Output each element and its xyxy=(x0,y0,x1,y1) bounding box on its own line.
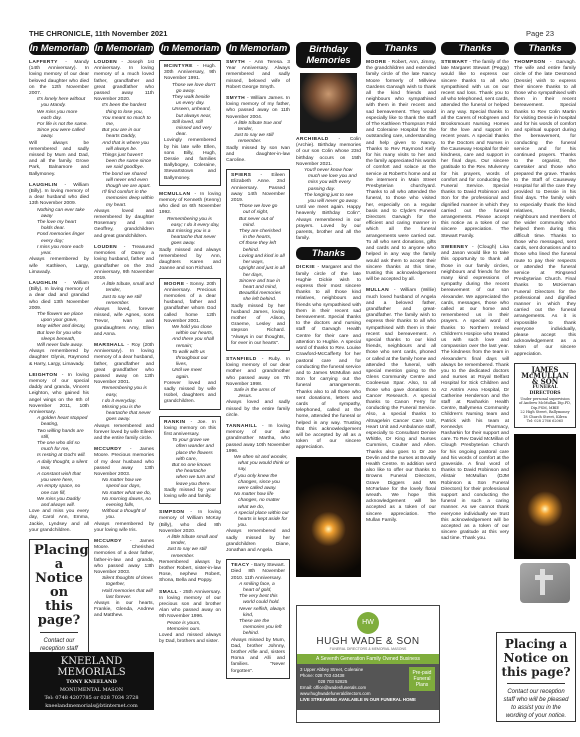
verse-line: The bond we shared will never end even t… xyxy=(102,172,154,191)
verse-line: Those we love don't go away. xyxy=(172,83,216,95)
wade-logo-icon: HW xyxy=(357,612,379,634)
verse-line: But you are in our hearts Daddy, xyxy=(102,128,154,140)
notice: LAUGHLIN - William (Billy). In loving me… xyxy=(29,183,89,276)
verse-line: Unseen, unheard, but always near, xyxy=(172,107,216,119)
mcmullan-phone: Tel: 028 2766 62065 xyxy=(519,419,571,424)
notice-name: LEIGHTON xyxy=(29,373,57,378)
notice: MCINTYRE - Hugh. 30th Anniversary, 9th N… xyxy=(159,60,221,186)
verse-line: It's been the hardest thing to lose you, xyxy=(102,103,154,115)
verse-line: The very best this world could hold. xyxy=(239,594,285,606)
notice-name: LAUGHLIN xyxy=(29,183,57,188)
verse: A golden heart stopped beating,Two willi… xyxy=(29,416,89,509)
placing-title: Placing a Notice on this page? xyxy=(501,637,571,679)
notice-signoff: Sadly missed by your loving wife and fam… xyxy=(164,488,216,500)
verse-line: Remembering you is easy, xyxy=(102,386,154,398)
section-banner-thanks: Thanks xyxy=(296,247,361,260)
column-in-memoriam-2: In Memoriam LOUDEN - Joseph 1st Annivers… xyxy=(94,42,154,625)
verse-line: Just to say we still remember. xyxy=(102,295,154,307)
notice: SPIERS - Eileen Elizabeth Anne. 2nd Anni… xyxy=(226,169,290,351)
verse-line: It's lonely here without you Mandy. xyxy=(37,97,89,109)
verse: No matter how we spend our days,No matte… xyxy=(94,478,154,521)
bible-cross-icon xyxy=(520,563,570,603)
prepaid-plans-badge: Pre-paid Funeral Plans xyxy=(409,667,435,691)
notice-signoff: Always remembered and sadly missed by he… xyxy=(226,529,290,554)
candle-image xyxy=(296,457,361,577)
notice-signoff: Always missed by Mum, Dad, brother Johnn… xyxy=(231,638,285,675)
verse-line: They walk beside us every day. xyxy=(172,95,216,107)
notice-name: DICKIE xyxy=(296,265,315,270)
placing-title: Placing a Notice on this page? xyxy=(34,544,84,628)
notice-signoff: Always loved, forever missed, wife Agnes… xyxy=(94,307,154,338)
notice-name: STEWART xyxy=(441,60,468,65)
verse-line: You meant so much to me, xyxy=(102,116,154,128)
verse-line: An empty space, no one can fill, xyxy=(37,484,89,496)
notice-name: LAUGHLIN xyxy=(29,281,57,286)
kneeland-memorials-ad[interactable]: KNEELAND MEMORIALS TONY KNEELAND MONUMEN… xyxy=(29,652,154,710)
verse-line: A little tribute, small and tender, xyxy=(102,282,154,294)
notice-text: - Garvagh. The wife and entire family ci… xyxy=(514,60,576,357)
verse-line: Upright and just in all her days, xyxy=(239,266,285,278)
notice-name: STANFIELD xyxy=(226,357,257,362)
verse: Those we love don't go away.They walk be… xyxy=(164,83,216,139)
notice-name: SMALL xyxy=(159,590,178,595)
notice-signoff: Remembered always by brother Robert, sis… xyxy=(159,560,221,585)
ad-email: kneelandmemorials@btinternet.com xyxy=(33,702,150,710)
verse-line: Hold memories that will last forever. xyxy=(102,589,154,601)
notice-text: - Treasured memories of Danny a loving h… xyxy=(94,245,154,281)
notice: LOUDEN - Treasured memories of Danny a l… xyxy=(94,245,154,338)
verse: You'll never know how much we love you a… xyxy=(296,168,361,205)
notice: TANNAHILL - In loving memory of our dear… xyxy=(226,424,290,554)
verse-line: May wither and decay, xyxy=(37,324,89,330)
notice-signoff: Sadly missed by son Ivan and daughter-in… xyxy=(226,146,290,165)
section-banner-in-memoriam: In Memoriam xyxy=(94,42,154,55)
notice-signoff: Always remembered by your loving wife Ir… xyxy=(94,522,154,534)
notice: RANKIN - Joe. In loving memory on this f… xyxy=(159,416,221,505)
ad-owner: TONY KNEELAND xyxy=(33,678,150,686)
verse-line: Since you were called away. xyxy=(37,128,89,140)
notice-name: MCMULLAN xyxy=(159,192,190,197)
notice: LOUDEN - Joseph 1st Anniversary. In lovi… xyxy=(94,60,154,240)
notice-signoff: Sadly missed and always remembered by An… xyxy=(159,248,221,273)
notice-text: - The family of the late Margaret Stewar… xyxy=(441,60,509,239)
notice: SMYTH - William James. In loving memory … xyxy=(226,96,290,164)
notice-signoff: Until we meet again. Happy heavenly Birt… xyxy=(296,205,361,242)
section-banner-in-memoriam: In Memoriam xyxy=(29,42,89,55)
verse-line: We hold you close within our hearts, xyxy=(172,325,216,337)
james-mcmullan-ad[interactable]: JAMES McMULLAN & SON FUNERAL DIRECTORS U… xyxy=(514,363,576,428)
notice: STANFIELD - Ruby. In loving memory of ou… xyxy=(226,357,290,419)
notice-name: SMYTH xyxy=(226,60,245,65)
notice-text: - In loving memory of our special daddy … xyxy=(29,373,89,415)
verse-line: If you only knew the changes, since you … xyxy=(234,474,290,493)
verse: The flowers we place upon your grave,May… xyxy=(29,312,89,349)
ad-phone: Tel: 0748 4207785 or 028 7034 3728 xyxy=(33,694,150,702)
notice-name: MULLAN xyxy=(366,288,389,293)
verse-line: A smiling face, a heart of gold, xyxy=(239,582,285,594)
candle-image xyxy=(514,434,576,559)
column-thanks-3: Thanks THOMPSON - Garvagh. The wife and … xyxy=(514,42,576,603)
verse: To your grave we often wander and place … xyxy=(164,438,216,488)
notice: ARCHIBALD - Colin (Archie). Birthday mem… xyxy=(296,137,361,242)
notice-name: LAFFERTY xyxy=(29,60,58,65)
notice: THOMPSON - Garvagh. The wife and entire … xyxy=(514,60,576,358)
column-birthday-thanks: Birthday Memories ARCHIBALD - Colin (Arc… xyxy=(296,42,361,577)
notice: STEWART - The family of the late Margare… xyxy=(441,60,509,240)
section-banner-thanks: Thanks xyxy=(441,42,509,55)
verse-line: Fond memories linger every day; xyxy=(37,232,89,244)
notice-name: MOORE xyxy=(164,282,184,287)
notice-name: MARSHALL xyxy=(94,343,125,348)
notice: DICKIE - Margaret and the family circle … xyxy=(296,265,361,451)
verse: Safe in the arms of Jesus. xyxy=(226,388,290,400)
notice: MULLAN - William (Willie) much loved hus… xyxy=(366,288,436,524)
verse: It's been the hardest thing to lose you,… xyxy=(94,103,154,208)
notice-name: THOMPSON xyxy=(514,60,545,65)
verse: Remembering you is easy,I do it everyday… xyxy=(94,386,154,423)
page-number: Page 23 xyxy=(526,29,554,41)
verse-line: Without a thought of you. xyxy=(102,509,154,521)
mcmullan-role: FUNERAL DIRECTORS xyxy=(519,385,571,397)
notice-name: LOUDEN xyxy=(94,60,117,65)
notice: TEACY - Barry Stewart. Died 8th November… xyxy=(226,559,290,679)
verse-line: A golden heart stopped beating, xyxy=(37,416,89,428)
notice: SMYTH - Ann Teresa. 3 Year Anniversary. … xyxy=(226,60,290,91)
section-banner-thanks: Thanks xyxy=(366,42,436,55)
verse-line: Beautiful memories she left behind. xyxy=(239,291,285,303)
section-banner-in-memoriam: In Memoriam xyxy=(226,42,290,55)
hugh-wade-ad[interactable]: HW HUGH WADE & SON FUNERAL DIRECTORS & M… xyxy=(296,605,440,723)
verse-line: A special place within our hearts is kep… xyxy=(234,511,290,530)
verse-line: But never out of mind. xyxy=(239,217,285,229)
notice-name: SIMPSON xyxy=(159,510,184,515)
page-header: THE CHRONICLE, 11th November 2021 Page 2… xyxy=(29,29,554,41)
notice-text: - Margaret and the family circle of the … xyxy=(296,265,361,450)
notice-signoff: Loved and missed always by Dad, brothers… xyxy=(159,633,221,645)
verse-line: Nothing can ever take away xyxy=(37,208,89,220)
notice-name: TEACY xyxy=(231,563,250,568)
notice-name: TANNAHILL xyxy=(226,424,257,429)
notice-signoff: Always in our hearts, Frankie, Glenda, A… xyxy=(94,601,154,620)
verse-line: We miss you more each day. xyxy=(37,110,89,122)
verse-line: The love my heart holds dear. xyxy=(37,220,89,232)
notice-text: - (Clough) Lisa and Jason would like to … xyxy=(441,245,509,542)
verse: It's lonely here without you Mandy.We mi… xyxy=(29,97,89,140)
notice-signoff: Forever loved and sadly missed by wife I… xyxy=(164,381,216,406)
verse-line: Loving and kind in all her ways, xyxy=(239,254,285,266)
notice-name: MCCURDY xyxy=(94,539,122,544)
verse-line: Sincere and true in heart and mind, xyxy=(239,279,285,291)
notice: SIMPSON - In loving memory of William Mc… xyxy=(159,510,221,584)
verse-line: A little tribute true and tender, xyxy=(234,121,290,133)
notice-name: SMYTH xyxy=(226,96,245,101)
column-in-memoriam-3: In Memoriam MCINTYRE - Hugh. 30th Annive… xyxy=(159,42,221,650)
wade-name: HUGH WADE & SON xyxy=(297,636,439,647)
verse-line: Silent thoughts of times together, xyxy=(102,576,154,588)
verse-line: We often sit and wonder, what you would … xyxy=(234,455,290,474)
verse-line: To walk with us throughout our lives, xyxy=(172,350,216,369)
column-in-memoriam-4: In Memoriam SMYTH - Ann Teresa. 3 Year A… xyxy=(226,42,290,685)
verse-line: No matter what we do, xyxy=(102,491,154,497)
verse-line: Two willing hands are still, xyxy=(37,429,89,441)
notice-signoff: Always remembered and forever loved by w… xyxy=(94,424,154,443)
notice-signoff: Always remembered by wife Kathleen, Larg… xyxy=(29,257,89,276)
verse-line: No matter how we spend our days, xyxy=(102,478,154,490)
verse-line: Is resting at God's will. xyxy=(37,453,89,459)
verse: Those we love go out of sight,But never … xyxy=(231,204,285,303)
wade-tagline: A Seventh Generation Family Owned Busine… xyxy=(297,654,439,664)
verse-line: Of those they left behind. xyxy=(239,241,285,253)
verse-line: Never selfish, always kind, xyxy=(239,607,285,619)
verse-line: A little tribute small and tender, xyxy=(167,535,221,547)
archibald-photo xyxy=(300,73,357,133)
notice: MOORE - Robert, Ann, Jimmy, the grandchi… xyxy=(366,60,436,283)
column-in-memoriam-1: In Memoriam LAFFERTY - Mandy (14th Anniv… xyxy=(29,42,89,690)
paper-dateline: THE CHRONICLE, 11th November 2021 xyxy=(29,29,167,41)
ad-trade: MONUMENTAL MASON xyxy=(33,686,150,694)
verse-line: Those we love go out of sight, xyxy=(239,204,285,216)
verse-line: They are cherished in the hearts, xyxy=(239,229,285,241)
verse-line: And there you shall remain; xyxy=(172,337,216,349)
section-banner-birthday-memories: Birthday Memories xyxy=(296,42,361,68)
notice-signoff: Always loved and sadly missed by the ent… xyxy=(226,400,290,419)
verse: A little tribute small and tender,Just t… xyxy=(159,535,221,560)
notice-signoff: Sadly missed by her husband James, lovin… xyxy=(231,304,285,347)
notice-name: MCCURDY xyxy=(94,447,122,452)
verse: Nothing can ever take awayThe love my he… xyxy=(29,208,89,258)
verse-line: But love for you who sleeps beneath, xyxy=(37,331,89,343)
verse-line: Things just haven't been the same since … xyxy=(102,153,154,172)
verse-line: Remembering you is easy; I do it every d… xyxy=(167,217,221,229)
verse-line: We miss you Daddy and always will. xyxy=(37,497,89,509)
verse-line: No matter how life changes, no matter wh… xyxy=(234,492,290,511)
verse: A smiling face, a heart of gold,The very… xyxy=(231,582,285,638)
notice-text: - Roy (20th Anniversary). In loving memo… xyxy=(94,343,154,385)
verse-line: You'll never know how much we love you a… xyxy=(304,168,361,193)
notice-text: - Mandy (14th Anniversary). In loving me… xyxy=(29,60,89,96)
verse-line: Missing you is the heartache that never … xyxy=(102,405,154,424)
notice-name: SPIERS xyxy=(231,173,251,178)
placing-subtitle: Contact our reception staff who will be … xyxy=(501,688,571,720)
notice-name: MOORE xyxy=(366,60,386,65)
notice-text: - James Moore. Cherished memories of a d… xyxy=(94,539,154,575)
notice-text: - Sonny. 20th Anniversary. Precious memo… xyxy=(164,282,216,324)
verse-line: Still loved, still missed and very dear. xyxy=(172,120,216,139)
verse-line: Safe in the arms of Jesus. xyxy=(234,388,290,400)
wade-live: LIVE STREAMING AVAILABLE IN OUR FUNERAL … xyxy=(300,697,436,703)
verse-line: Just to say we still remember. xyxy=(167,547,221,559)
verse-line: Until we meet again. xyxy=(172,368,216,380)
verse-line: The flowers we place upon your grave, xyxy=(37,312,89,324)
notice-text: - Robert, Ann, Jimmy, the grandchildren … xyxy=(366,60,436,282)
mcmullan-supervision: Under personal supervision of Andrew McM… xyxy=(519,397,571,411)
notice-text: - Joseph 1st Anniversary. In loving memo… xyxy=(94,60,154,102)
column-thanks-1: Thanks MOORE - Robert, Ann, Jimmy, the g… xyxy=(366,42,436,529)
notice: MARSHALL - Roy (20th Anniversary). In lo… xyxy=(94,343,154,442)
notice-signoff: Always loved and remembered by daughter … xyxy=(94,209,154,240)
notice: SWEENEY - (Clough) Lisa and Jason would … xyxy=(441,245,509,543)
column-thanks-2: Thanks STEWART - The family of the late … xyxy=(441,42,509,548)
section-banner-thanks: Thanks xyxy=(514,42,576,55)
notice-name: SWEENEY xyxy=(441,245,468,250)
verse-line: But missing you is a heartache that neve… xyxy=(167,229,221,248)
verse-line: The longing just to see you will never g… xyxy=(304,193,361,205)
verse-line: These are the memories you left behind. xyxy=(239,619,285,638)
verse: A little tribute, small and tender,Just … xyxy=(94,282,154,307)
notice: LAUGHLIN - William (Billy). In loving me… xyxy=(29,281,89,368)
notice: SMALL - 25th Anniversary. In loving memo… xyxy=(159,590,221,646)
notice: LEIGHTON - In loving memory of our speci… xyxy=(29,373,89,534)
verse-line: Just to say we still remember. xyxy=(234,133,290,145)
verse-line: I miss you more each year. xyxy=(37,245,89,257)
verse-line: A daily thought, a silent tear, xyxy=(37,460,89,472)
notice-name: LOUDEN xyxy=(94,245,117,250)
verse-line: To your grave we often wander and place … xyxy=(172,438,216,463)
ad-title: KNEELAND MEMORIALS xyxy=(33,656,150,678)
verse: We hold you close within our hearts,And … xyxy=(164,325,216,381)
verse-line: And that is where you will always be. xyxy=(102,141,154,153)
verse-line: A constant wish that you were here, xyxy=(37,472,89,484)
placing-notice-box-2: Placing a Notice on this page? Contact o… xyxy=(496,632,576,722)
notice-text: - William (Willie) much loved husband of… xyxy=(366,288,436,523)
notice-signoff: Will always be remembered and sadly miss… xyxy=(29,141,89,178)
verse-line: No morning dawns, no evening falls, xyxy=(102,497,154,509)
notice: MCCURDY - James Moore. Precious memories… xyxy=(94,447,154,534)
notice: MOORE - Sonny. 20th Anniversary. Preciou… xyxy=(159,278,221,410)
verse: Peace is yours,Memories ours. xyxy=(159,621,221,633)
verse: Silent thoughts of times together,Hold m… xyxy=(94,576,154,601)
verse: We often sit and wonder, what you would … xyxy=(226,455,290,529)
verse-line: But no one knows the heartache when we t… xyxy=(172,463,216,488)
notice-signoff: Love and miss you every day, Carol Ann, … xyxy=(29,509,89,534)
verse: Remembering you is easy; I do it every d… xyxy=(159,217,221,248)
notice: MCMULLAN - In loving memory of Kenneth (… xyxy=(159,192,221,273)
verse: A little tribute true and tender,Just to… xyxy=(226,121,290,146)
wade-sub: FUNERAL DIRECTORS & MEMORIAL MASONS xyxy=(297,647,439,651)
verse-line: I'll find comfort in the memories deep w… xyxy=(102,190,154,209)
section-banner-in-memoriam: In Memoriam xyxy=(159,42,221,55)
notice-signoff: Always remembered by daughter Glynis, Ra… xyxy=(29,349,89,368)
notice: LAFFERTY - Mandy (14th Anniversary). In … xyxy=(29,60,89,178)
notice: MCCURDY - James Moore. Cherished memorie… xyxy=(94,539,154,620)
notice-name: MCINTYRE xyxy=(164,64,193,69)
notice-name: RANKIN xyxy=(164,420,185,425)
verse-line: The one who did so much for me, xyxy=(37,441,89,453)
notice-name: ARCHIBALD xyxy=(296,137,329,142)
notice-signoff: Lovingly remembered by his late wife Ell… xyxy=(164,138,216,181)
